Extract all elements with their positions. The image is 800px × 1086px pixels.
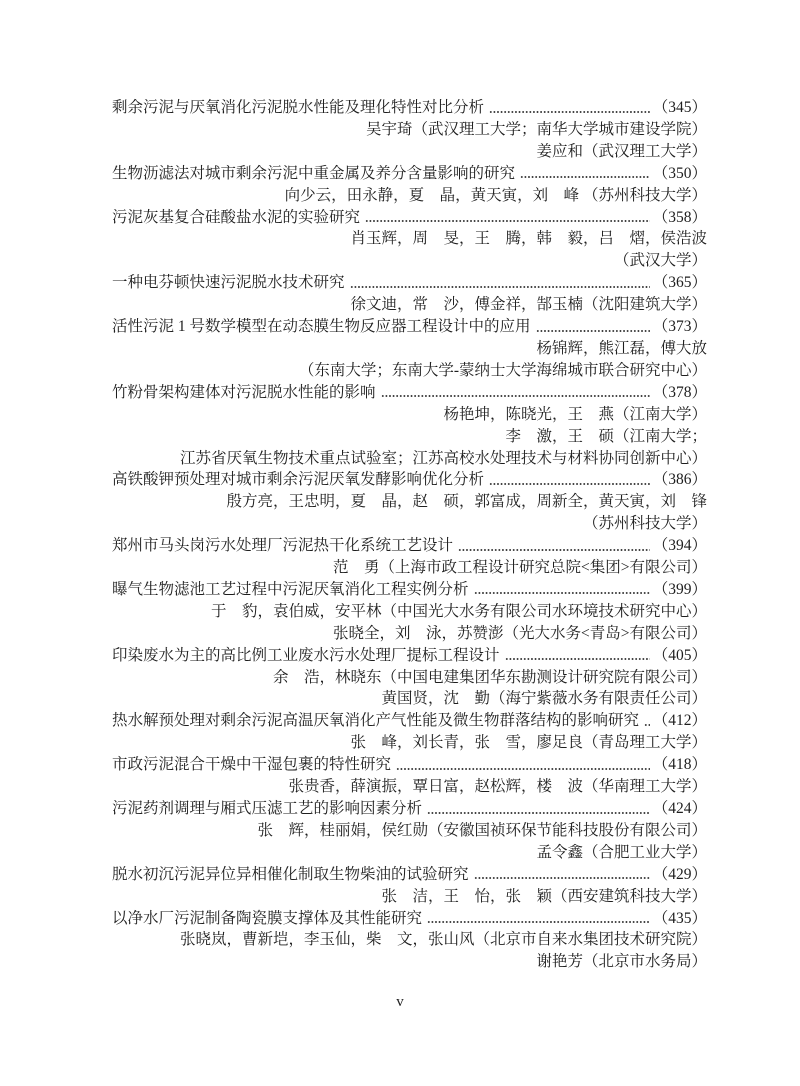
dot-leader bbox=[474, 864, 650, 886]
toc-entry-title-line: 热水解预处理对剩余污泥高温厌氧消化产气性能及微生物群落结构的影响研究 （412） bbox=[112, 710, 707, 732]
author-line: 杨艳坤，陈晓光，王 燕（江南大学） bbox=[112, 404, 707, 426]
author-line: 殷方亮，王忠明，夏 晶，赵 硕，郭富成，周新全，黄天寅，刘 锋 bbox=[112, 491, 707, 513]
entry-title: 脱水初沉污泥异位异相催化制取生物柴油的试验研究 bbox=[112, 864, 469, 886]
author-line: 余 浩，林晓东（中国电建集团华东勘测设计研究院有限公司） bbox=[112, 667, 707, 689]
entry-title: 高铁酸钾预处理对城市剩余污泥厌氧发酵影响优化分析 bbox=[112, 469, 484, 491]
dot-leader bbox=[350, 272, 650, 294]
entry-title: 生物沥滤法对城市剩余污泥中重金属及养分含量影响的研究 bbox=[112, 163, 515, 185]
toc-entry-title-line: 竹粉骨架构建体对污泥脱水性能的影响 （378） bbox=[112, 382, 707, 404]
entry-page-number: （386） bbox=[653, 469, 707, 491]
entry-title: 污泥药剂调理与厢式压滤工艺的影响因素分析 bbox=[112, 798, 422, 820]
author-line: 张 洁，王 怡，张 颖（西安建筑科技大学） bbox=[112, 886, 707, 908]
dot-leader bbox=[427, 908, 650, 930]
author-line: 张 峰，刘长青，张 雪，廖足良（青岛理工大学） bbox=[112, 732, 707, 754]
author-line: （东南大学；东南大学-蒙纳士大学海绵城市联合研究中心） bbox=[112, 360, 707, 382]
entry-page-number: （394） bbox=[653, 535, 707, 557]
dot-leader bbox=[396, 754, 650, 776]
toc-entry-title-line: 脱水初沉污泥异位异相催化制取生物柴油的试验研究 （429） bbox=[112, 864, 707, 886]
entry-page-number: （429） bbox=[653, 864, 707, 886]
entry-title: 一种电芬顿快速污泥脱水技术研究 bbox=[112, 272, 345, 294]
dot-leader bbox=[474, 579, 650, 601]
entry-page-number: （373） bbox=[653, 316, 707, 338]
toc-entry-title-line: 市政污泥混合干燥中干湿包裹的特性研究 （418） bbox=[112, 754, 707, 776]
entry-title: 曝气生物滤池工艺过程中污泥厌氧消化工程实例分析 bbox=[112, 579, 469, 601]
entry-title: 竹粉骨架构建体对污泥脱水性能的影响 bbox=[112, 382, 376, 404]
entry-page-number: （345） bbox=[653, 97, 707, 119]
entry-page-number: （378） bbox=[653, 382, 707, 404]
entry-title: 剩余污泥与厌氧消化污泥脱水性能及理化特性对比分析 bbox=[112, 97, 484, 119]
author-line: 张贵香，薛演振，覃日富，赵松辉，楼 波（华南理工大学） bbox=[112, 776, 707, 798]
author-line: （武汉大学） bbox=[112, 250, 707, 272]
entry-title: 活性污泥 1 号数学模型在动态膜生物反应器工程设计中的应用 bbox=[112, 316, 531, 338]
author-line: 肖玉辉，周 旻，王 腾，韩 毅，吕 熠，侯浩波 bbox=[112, 228, 707, 250]
toc-entry: 以净水厂污泥制备陶瓷膜支撑体及其性能研究 （435） 张晓岚，曹新垲，李玉仙，柴… bbox=[112, 908, 707, 974]
author-line: 谢艳芳（北京市水务局） bbox=[112, 951, 707, 973]
dot-leader bbox=[381, 382, 650, 404]
author-line: 黄国贤，沈 勤（海宁紫薇水务有限责任公司） bbox=[112, 688, 707, 710]
author-line: 张晓全，刘 泳，苏赞澎（光大水务<青岛>有限公司） bbox=[112, 623, 707, 645]
toc-entry: 印染废水为主的高比例工业废水污水处理厂提标工程设计 （405） 余 浩，林晓东（… bbox=[112, 645, 707, 711]
entry-title: 印染废水为主的高比例工业废水污水处理厂提标工程设计 bbox=[112, 645, 500, 667]
toc-entry-title-line: 高铁酸钾预处理对城市剩余污泥厌氧发酵影响优化分析 （386） bbox=[112, 469, 707, 491]
toc-entry-title-line: 一种电芬顿快速污泥脱水技术研究 （365） bbox=[112, 272, 707, 294]
toc-entry-title-line: 生物沥滤法对城市剩余污泥中重金属及养分含量影响的研究 （350） bbox=[112, 163, 707, 185]
author-line: 孟令鑫（合肥工业大学） bbox=[112, 842, 707, 864]
entry-page-number: （405） bbox=[653, 645, 707, 667]
page-number: v bbox=[0, 994, 800, 1011]
dot-leader bbox=[644, 710, 650, 732]
entry-page-number: （358） bbox=[653, 207, 707, 229]
author-line: 于 豹，袁伯威，安平林（中国光大水务有限公司水环境技术研究中心） bbox=[112, 601, 707, 623]
toc-entry: 一种电芬顿快速污泥脱水技术研究 （365） 徐文迪，常 沙，傅金祥，郜玉楠（沈阳… bbox=[112, 272, 707, 316]
dot-leader bbox=[520, 163, 650, 185]
toc-entry-title-line: 活性污泥 1 号数学模型在动态膜生物反应器工程设计中的应用 （373） bbox=[112, 316, 707, 338]
author-line: 江苏省厌氧生物技术重点试验室；江苏高校水处理技术与材料协同创新中心） bbox=[112, 448, 707, 470]
entry-page-number: （350） bbox=[653, 163, 707, 185]
author-line: 姜应和（武汉理工大学） bbox=[112, 141, 707, 163]
toc-entry: 脱水初沉污泥异位异相催化制取生物柴油的试验研究 （429） 张 洁，王 怡，张 … bbox=[112, 864, 707, 908]
author-line: 范 勇（上海市政工程设计研究总院<集团>有限公司） bbox=[112, 557, 707, 579]
entry-title: 市政污泥混合干燥中干湿包裹的特性研究 bbox=[112, 754, 391, 776]
toc-entry: 竹粉骨架构建体对污泥脱水性能的影响 （378） 杨艳坤，陈晓光，王 燕（江南大学… bbox=[112, 382, 707, 470]
entry-page-number: （412） bbox=[653, 710, 707, 732]
dot-leader bbox=[427, 798, 650, 820]
toc-entry: 剩余污泥与厌氧消化污泥脱水性能及理化特性对比分析 （345） 吴宇琦（武汉理工大… bbox=[112, 97, 707, 163]
author-line: 张晓岚，曹新垲，李玉仙，柴 文，张山风（北京市自来水集团技术研究院） bbox=[112, 929, 707, 951]
toc-entry-title-line: 印染废水为主的高比例工业废水污水处理厂提标工程设计 （405） bbox=[112, 645, 707, 667]
entry-page-number: （424） bbox=[653, 798, 707, 820]
entry-title: 热水解预处理对剩余污泥高温厌氧消化产气性能及微生物群落结构的影响研究 bbox=[112, 710, 639, 732]
entry-title: 污泥灰基复合硅酸盐水泥的实验研究 bbox=[112, 207, 360, 229]
toc-entry: 曝气生物滤池工艺过程中污泥厌氧消化工程实例分析 （399） 于 豹，袁伯威，安平… bbox=[112, 579, 707, 645]
author-line: 张 辉，桂丽娟，侯红勋（安徽国祯环保节能科技股份有限公司） bbox=[112, 820, 707, 842]
toc-entry: 热水解预处理对剩余污泥高温厌氧消化产气性能及微生物群落结构的影响研究 （412）… bbox=[112, 710, 707, 754]
entry-page-number: （399） bbox=[653, 579, 707, 601]
toc-entry: 污泥药剂调理与厢式压滤工艺的影响因素分析 （424） 张 辉，桂丽娟，侯红勋（安… bbox=[112, 798, 707, 864]
toc-entry-title-line: 剩余污泥与厌氧消化污泥脱水性能及理化特性对比分析 （345） bbox=[112, 97, 707, 119]
entry-page-number: （365） bbox=[653, 272, 707, 294]
entry-page-number: （435） bbox=[653, 908, 707, 930]
author-line: （苏州科技大学） bbox=[112, 513, 707, 535]
toc-entry-title-line: 曝气生物滤池工艺过程中污泥厌氧消化工程实例分析 （399） bbox=[112, 579, 707, 601]
toc-entry-title-line: 污泥药剂调理与厢式压滤工艺的影响因素分析 （424） bbox=[112, 798, 707, 820]
toc-list: 剩余污泥与厌氧消化污泥脱水性能及理化特性对比分析 （345） 吴宇琦（武汉理工大… bbox=[112, 97, 707, 973]
toc-entry: 高铁酸钾预处理对城市剩余污泥厌氧发酵影响优化分析 （386） 殷方亮，王忠明，夏… bbox=[112, 469, 707, 535]
dot-leader bbox=[505, 645, 650, 667]
entry-title: 郑州市马头岗污水处理厂污泥热干化系统工艺设计 bbox=[112, 535, 453, 557]
author-line: 杨锦辉，熊江磊，傅大放 bbox=[112, 338, 707, 360]
dot-leader bbox=[458, 535, 650, 557]
toc-entry-title-line: 污泥灰基复合硅酸盐水泥的实验研究 （358） bbox=[112, 207, 707, 229]
toc-entry: 活性污泥 1 号数学模型在动态膜生物反应器工程设计中的应用 （373） 杨锦辉，… bbox=[112, 316, 707, 382]
dot-leader bbox=[489, 97, 650, 119]
toc-entry: 生物沥滤法对城市剩余污泥中重金属及养分含量影响的研究 （350） 向少云，田永静… bbox=[112, 163, 707, 207]
entry-title: 以净水厂污泥制备陶瓷膜支撑体及其性能研究 bbox=[112, 908, 422, 930]
toc-entry-title-line: 郑州市马头岗污水处理厂污泥热干化系统工艺设计 （394） bbox=[112, 535, 707, 557]
dot-leader bbox=[489, 469, 650, 491]
entry-page-number: （418） bbox=[653, 754, 707, 776]
author-line: 吴宇琦（武汉理工大学；南华大学城市建设学院） bbox=[112, 119, 707, 141]
dot-leader bbox=[365, 207, 650, 229]
toc-entry: 污泥灰基复合硅酸盐水泥的实验研究 （358） 肖玉辉，周 旻，王 腾，韩 毅，吕… bbox=[112, 207, 707, 273]
author-line: 向少云，田永静，夏 晶，黄天寅，刘 峰 （苏州科技大学） bbox=[112, 185, 707, 207]
toc-entry-title-line: 以净水厂污泥制备陶瓷膜支撑体及其性能研究 （435） bbox=[112, 908, 707, 930]
toc-page: 剩余污泥与厌氧消化污泥脱水性能及理化特性对比分析 （345） 吴宇琦（武汉理工大… bbox=[0, 0, 800, 1086]
author-line: 李 激，王 硕（江南大学； bbox=[112, 426, 707, 448]
dot-leader bbox=[536, 316, 650, 338]
author-line: 徐文迪，常 沙，傅金祥，郜玉楠（沈阳建筑大学） bbox=[112, 294, 707, 316]
toc-entry: 郑州市马头岗污水处理厂污泥热干化系统工艺设计 （394） 范 勇（上海市政工程设… bbox=[112, 535, 707, 579]
toc-entry: 市政污泥混合干燥中干湿包裹的特性研究 （418） 张贵香，薛演振，覃日富，赵松辉… bbox=[112, 754, 707, 798]
